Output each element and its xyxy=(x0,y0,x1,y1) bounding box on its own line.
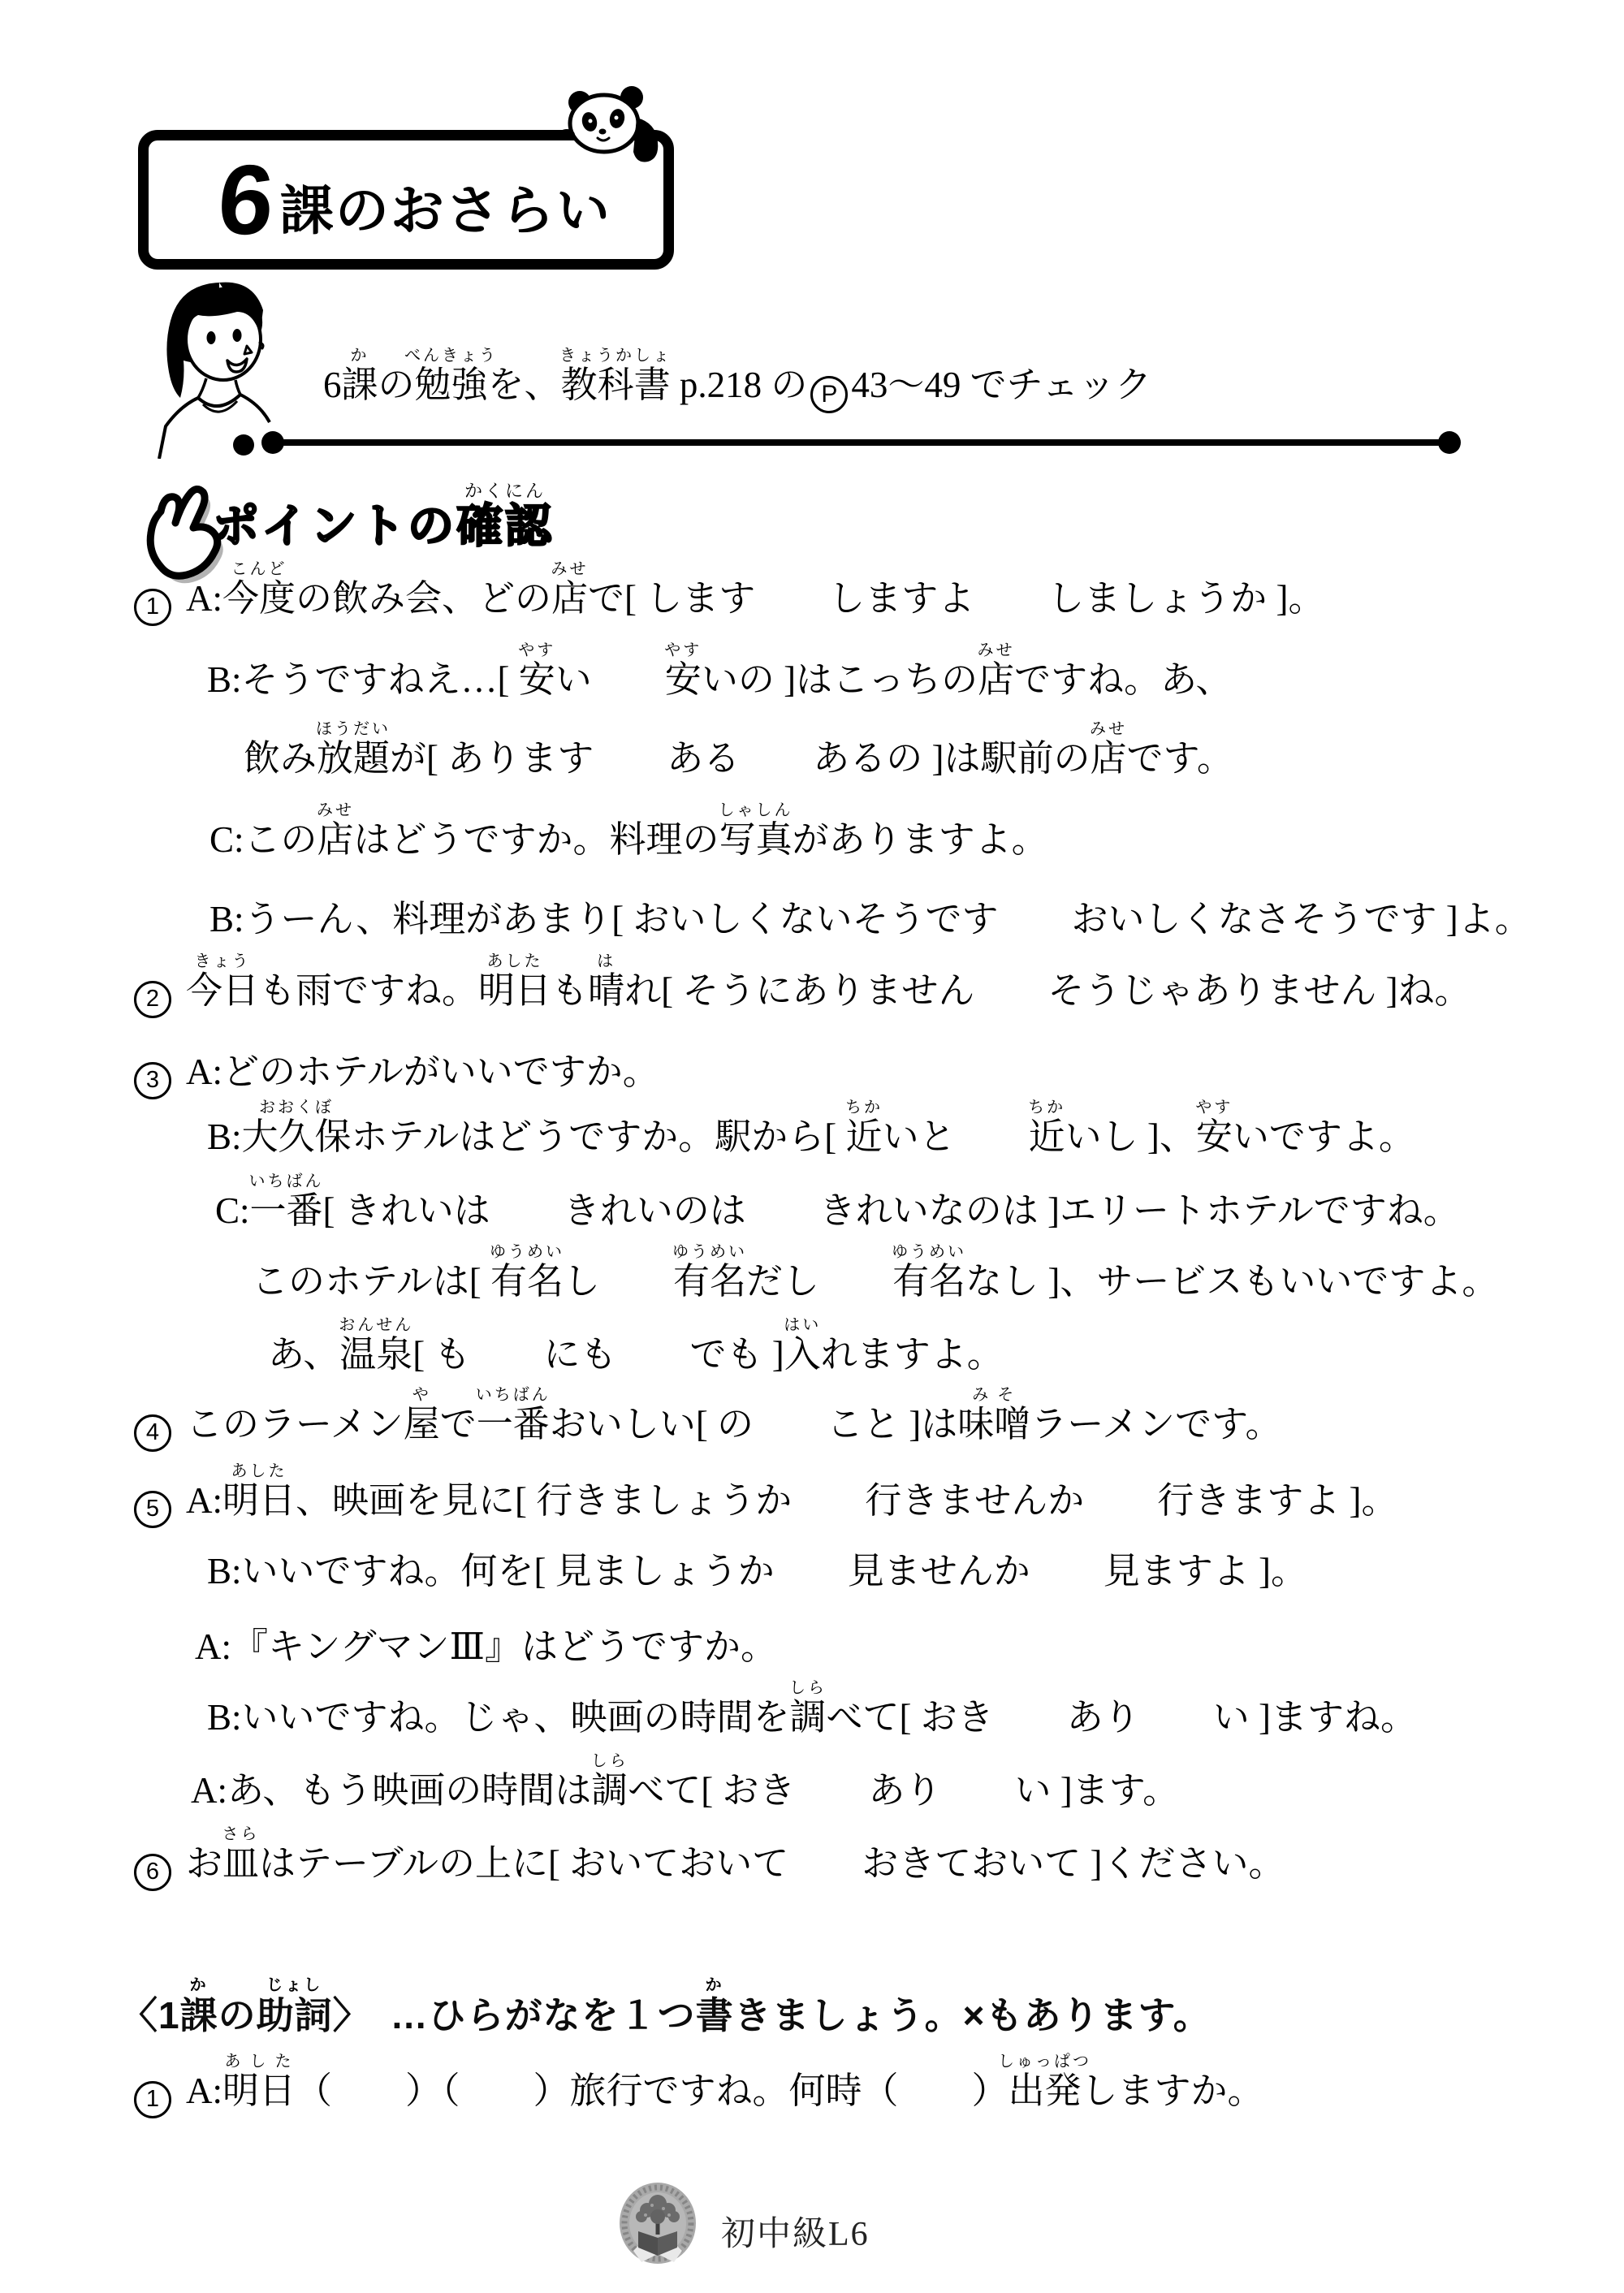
worksheet-line-particles-q1: 1A:明日あ し た（ ）（ ）旅行ですね。何時（ ）出発しゅっぱつしますか。 xyxy=(134,2073,1264,2118)
text-segment: が[ あります ある あるの ]は駅前の xyxy=(390,741,1090,777)
furigana: や xyxy=(412,1387,431,1403)
furigana: み そ xyxy=(972,1387,1016,1403)
lesson-title: 課のおさらい xyxy=(280,167,611,244)
ruby-segment: 温泉おんせん xyxy=(339,1337,412,1373)
text-segment: （ ）（ ）旅行ですね。何時（ ） xyxy=(296,2073,1009,2109)
furigana: は xyxy=(597,953,615,969)
furigana: やす xyxy=(1195,1099,1233,1116)
text-segment: です。 xyxy=(1127,741,1233,777)
text-segment: いと xyxy=(883,1119,1029,1155)
text-segment: 、映画を見に[ 行きましょうか 行きませんか 行きますよ ]。 xyxy=(296,1483,1397,1519)
ruby-segment: 有名ゆうめい xyxy=(892,1263,965,1300)
worksheet-line-q1-b2: B:うーん、料理があまり[ おいしくないそうです おいしくなさそうです ]よ。 xyxy=(209,901,1531,938)
furigana: はい xyxy=(784,1317,821,1333)
text-segment: で xyxy=(440,1406,477,1443)
text-segment: いの ]はこっちの xyxy=(702,662,978,698)
worksheet-line-q3-c: C:一番いちばん[ きれいは きれいのは きれいなのは ]エリートホテルですね。 xyxy=(215,1193,1460,1229)
worksheet-line-q1-a: 1A:今度こんどの飲み会、どの店みせで[ します しますよ しましょうか ]。 xyxy=(134,581,1325,626)
ruby-segment: 出発しゅっぱつ xyxy=(1009,2073,1082,2109)
furigana: きょう xyxy=(195,953,251,969)
text-segment: A: xyxy=(186,1483,222,1519)
furigana: か xyxy=(190,1977,209,1993)
text-segment: [ きれいは きれいのは きれいなのは ]エリートホテルですね。 xyxy=(323,1193,1460,1229)
text-segment: [ も にも でも ] xyxy=(412,1337,784,1373)
text-segment: A:『キングマンⅢ』はどうですか。 xyxy=(195,1629,777,1665)
text-segment: ラーメンです。 xyxy=(1030,1406,1281,1443)
furigana: しら xyxy=(789,1680,827,1696)
ruby-segment: 調しら xyxy=(591,1773,628,1809)
text-segment: 〉 …ひらがなを１つ xyxy=(333,1997,696,2034)
text-segment: がありますよ。 xyxy=(793,822,1048,858)
furigana: ゆうめい xyxy=(672,1244,747,1260)
ruby-segment: 皿さら xyxy=(222,1846,259,1882)
check-instruction-line: 6課かの勉強べんきょうを、教科書きょうかしょ p.218 のP43〜49 でチェ… xyxy=(323,367,1151,413)
text-segment: を、 xyxy=(488,367,561,404)
furigana: じょし xyxy=(266,1977,322,1993)
text-segment: 飲み xyxy=(244,741,317,777)
furigana: おおくぼ xyxy=(259,1099,334,1116)
text-segment: べて[ おき あり い ]ます。 xyxy=(628,1773,1179,1809)
text-segment: はテーブルの上に[ おいておいて おきておいて ]ください。 xyxy=(259,1846,1285,1882)
ruby-segment: 課か xyxy=(180,1997,218,2034)
ruby-segment: 今日きょう xyxy=(186,973,259,1009)
ruby-segment: 晴は xyxy=(588,973,624,1009)
furigana: しら xyxy=(591,1753,628,1769)
worksheet-line-q1-b: B:そうですねえ…[ 安やすい 安やすいの ]はこっちの店みせですね。あ、 xyxy=(207,662,1232,698)
ruby-segment: 入はい xyxy=(784,1337,821,1373)
text-segment: 43〜49 でチェック xyxy=(851,367,1151,404)
text-segment: れ[ そうにありません そうじゃありません ]ね。 xyxy=(624,973,1471,1009)
text-segment: し xyxy=(564,1263,673,1300)
text-segment: B:いいですね。何を[ 見ましょうか 見ませんか 見ますよ ]。 xyxy=(207,1553,1307,1590)
ruby-segment: 確認かくにん xyxy=(456,503,554,550)
section1-heading: ポイントの確認かくにん xyxy=(213,503,554,550)
school-emblem-icon xyxy=(617,2181,698,2265)
worksheet-line-q5-a3: A:あ、もう映画の時間は調しらべて[ おき あり い ]ます。 xyxy=(191,1773,1179,1809)
ruby-segment: 勉強べんきょう xyxy=(415,367,488,404)
circled-p-icon: P xyxy=(810,376,848,413)
circled-number-1: 1 xyxy=(134,2081,171,2118)
ruby-segment: 店みせ xyxy=(1091,741,1127,777)
text-segment: べて[ おき あり い ]ますね。 xyxy=(827,1699,1417,1736)
worksheet-line-q3-a: 3A:どのホテルがいいですか。 xyxy=(134,1054,659,1099)
text-segment: ですね。あ、 xyxy=(1014,662,1232,698)
ruby-segment: 明日あ し た xyxy=(222,2073,296,2109)
furigana: しゃしん xyxy=(719,802,793,818)
ruby-segment: 有名ゆうめい xyxy=(490,1263,564,1300)
student-face-icon xyxy=(156,276,286,459)
text-segment: きましょう。×もあります。 xyxy=(734,1997,1212,2034)
text-segment: れますよ。 xyxy=(821,1337,1004,1373)
text-segment: 6 xyxy=(323,367,342,404)
ruby-segment: 屋や xyxy=(404,1406,440,1443)
text-segment: A: xyxy=(186,581,222,617)
text-segment: で[ します しますよ しましょうか ]。 xyxy=(588,581,1324,617)
ruby-segment: 味噌み そ xyxy=(957,1406,1030,1443)
ruby-segment: 大久保おおくぼ xyxy=(242,1119,352,1155)
text-segment: このホテルは[ xyxy=(252,1263,490,1300)
worksheet-line-q2: 2今日きょうも雨ですね。明日あしたも晴はれ[ そうにありません そうじゃありませ… xyxy=(134,973,1471,1018)
text-segment: も雨ですね。 xyxy=(259,973,478,1009)
furigana: あした xyxy=(487,953,543,969)
circled-number-5: 5 xyxy=(134,1491,171,1528)
worksheet-line-q1-c: C:この店みせはどうですか。料理の写真しゃしんがありますよ。 xyxy=(209,822,1048,858)
text-segment: おいしい[ の こと ]は xyxy=(550,1406,957,1443)
ruby-segment: 明日あした xyxy=(478,973,551,1009)
ruby-segment: 安やす xyxy=(665,662,702,698)
text-segment: はどうですか。料理の xyxy=(354,822,719,858)
circled-number-6: 6 xyxy=(134,1854,171,1891)
separator-rule xyxy=(270,439,1449,446)
ruby-segment: 書か xyxy=(696,1997,734,2034)
ruby-segment: 調しら xyxy=(790,1699,827,1736)
furigana: いちばん xyxy=(476,1387,551,1403)
ruby-segment: 明日あした xyxy=(222,1483,296,1519)
ruby-segment: 一番いちばん xyxy=(477,1406,550,1443)
furigana: いちばん xyxy=(249,1173,324,1190)
furigana: しゅっぱつ xyxy=(998,2053,1091,2070)
furigana: か xyxy=(351,348,369,364)
text-segment: B:いいですね。じゃ、映画の時間を xyxy=(207,1699,790,1736)
furigana: ちか xyxy=(845,1099,883,1116)
text-segment: B:そうですねえ…[ xyxy=(207,662,519,698)
text-segment: あ、 xyxy=(268,1337,339,1373)
furigana: ゆうめい xyxy=(892,1244,966,1260)
furigana: べんきょう xyxy=(404,348,498,364)
worksheet-line-q5-b2: B:いいですね。じゃ、映画の時間を調しらべて[ おき あり い ]ますね。 xyxy=(207,1699,1417,1736)
text-segment: B: xyxy=(207,1119,242,1155)
ruby-segment: 今度こんど xyxy=(222,581,296,617)
ruby-segment: 一番いちばん xyxy=(250,1193,323,1229)
text-segment: このラーメン xyxy=(186,1406,404,1443)
text-segment: だし xyxy=(746,1263,892,1300)
text-segment: の xyxy=(218,1997,257,2034)
furigana: ちか xyxy=(1028,1099,1065,1116)
text-segment: 〈1 xyxy=(120,1997,180,2034)
rule-end-dot-left xyxy=(261,431,284,454)
ruby-segment: 安やす xyxy=(519,662,555,698)
text-segment: しますか。 xyxy=(1082,2073,1264,2109)
ruby-segment: 放題ほうだい xyxy=(317,741,390,777)
ruby-segment: 安やす xyxy=(1196,1119,1233,1155)
circled-number-2: 2 xyxy=(134,981,171,1018)
circled-number-4: 4 xyxy=(134,1414,171,1452)
text-segment: p.218 の xyxy=(671,367,808,404)
furigana: やす xyxy=(518,642,555,659)
text-segment: の飲み会、どの xyxy=(296,581,551,617)
worksheet-line-q3-b: B:大久保おおくぼホテルはどうですか。駅から[ 近ちかいと 近ちかいし ]、安や… xyxy=(207,1119,1415,1155)
furigana: さら xyxy=(222,1826,260,1842)
text-segment: A:あ、もう映画の時間は xyxy=(191,1773,591,1809)
furigana: あ し た xyxy=(225,2053,294,2070)
furigana: みせ xyxy=(551,561,589,577)
worksheet-line-q6: 6お皿さらはテーブルの上に[ おいておいて おきておいて ]ください。 xyxy=(134,1846,1285,1891)
furigana: あした xyxy=(231,1463,287,1479)
ruby-segment: 助詞じょし xyxy=(257,1997,333,2034)
text-segment: なし ]、サービスもいいですよ。 xyxy=(965,1263,1498,1300)
furigana: やす xyxy=(664,642,702,659)
rule-end-dot-right xyxy=(1438,431,1461,454)
furigana: かくにん xyxy=(464,482,546,500)
worksheet-line-q5-b: B:いいですね。何を[ 見ましょうか 見ませんか 見ますよ ]。 xyxy=(207,1553,1307,1590)
furigana: ゆうめい xyxy=(490,1244,564,1260)
text-segment: い xyxy=(555,662,665,698)
ruby-segment: 写真しゃしん xyxy=(719,822,793,858)
section2-heading: 〈1課かの助詞じょし〉 …ひらがなを１つ書かきましょう。×もあります。 xyxy=(120,1997,1212,2034)
lesson-number: 6 xyxy=(215,150,277,249)
furigana: みせ xyxy=(317,802,354,818)
text-segment: も xyxy=(551,973,588,1009)
worksheet-line-q4: 4このラーメン屋やで一番いちばんおいしい[ の こと ]は味噌み そラーメンです… xyxy=(134,1406,1281,1452)
furigana: みせ xyxy=(978,642,1015,659)
text-segment: の xyxy=(378,367,415,404)
text-segment: B:うーん、料理があまり[ おいしくないそうです おいしくなさそうです ]よ。 xyxy=(209,901,1531,938)
furigana: おんせん xyxy=(339,1317,413,1333)
text-segment: C:この xyxy=(209,822,317,858)
furigana: ほうだい xyxy=(316,721,391,737)
panda-icon xyxy=(549,81,687,166)
text-segment: ポイントの xyxy=(213,503,456,550)
furigana: か xyxy=(706,1977,724,1993)
worksheet-line-q3-c-cont2: あ、温泉おんせん[ も にも でも ]入はいれますよ。 xyxy=(268,1337,1004,1373)
furigana: きょうかしょ xyxy=(559,348,672,364)
ruby-segment: 店みせ xyxy=(551,581,588,617)
ruby-segment: 有名ゆうめい xyxy=(673,1263,746,1300)
ruby-segment: 近ちか xyxy=(846,1119,883,1155)
circled-number-1: 1 xyxy=(134,589,171,626)
worksheet-line-q5-a: 5A:明日あした、映画を見に[ 行きましょうか 行きませんか 行きますよ ]。 xyxy=(134,1483,1398,1528)
text-segment: お xyxy=(186,1846,222,1882)
footer-level-label: 初中級L6 xyxy=(721,2207,870,2256)
circled-number-3: 3 xyxy=(134,1062,171,1099)
ruby-segment: 店みせ xyxy=(317,822,354,858)
ruby-segment: 近ちか xyxy=(1029,1119,1065,1155)
furigana: みせ xyxy=(1090,721,1127,737)
ruby-segment: 教科書きょうかしょ xyxy=(561,367,671,404)
text-segment: C: xyxy=(215,1193,250,1229)
text-segment: いし ]、 xyxy=(1065,1119,1196,1155)
ruby-segment: 店みせ xyxy=(978,662,1014,698)
text-segment: ホテルはどうですか。駅から[ xyxy=(352,1119,846,1155)
worksheet-line-q5-a2: A:『キングマンⅢ』はどうですか。 xyxy=(195,1629,777,1665)
ruby-segment: 課か xyxy=(342,367,378,404)
furigana: こんど xyxy=(231,561,287,577)
text-segment: いですよ。 xyxy=(1233,1119,1415,1155)
worksheet-line-q1-b-cont: 飲み放題ほうだいが[ あります ある あるの ]は駅前の店みせです。 xyxy=(244,741,1233,777)
text-segment: A:どのホテルがいいですか。 xyxy=(186,1054,659,1090)
worksheet-line-q3-c-cont: このホテルは[ 有名ゆうめいし 有名ゆうめいだし 有名ゆうめいなし ]、サービス… xyxy=(252,1263,1498,1300)
text-segment: A: xyxy=(186,2073,222,2109)
